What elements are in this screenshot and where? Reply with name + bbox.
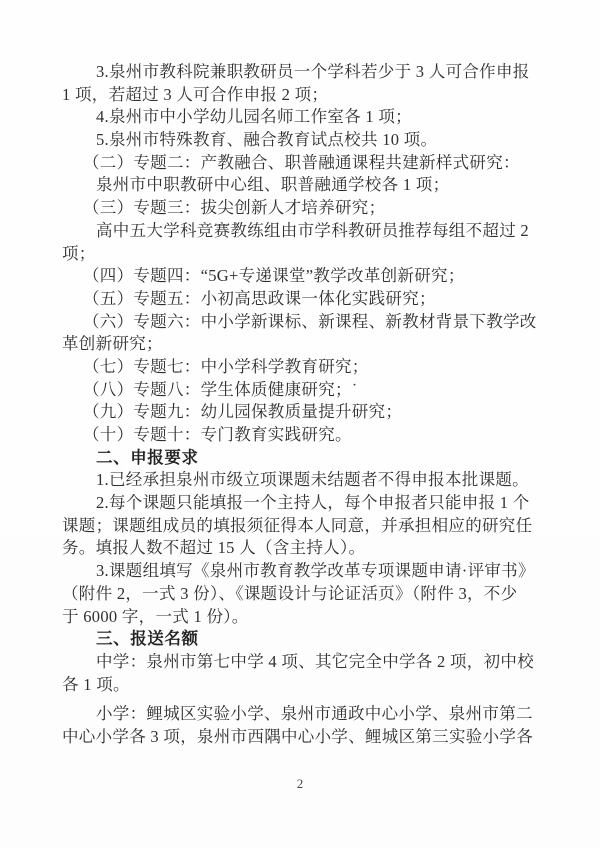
document-line: 二、申报要求 [62, 447, 540, 470]
document-line: 2.每个课题只能填报一个主持人，每个申报者只能申报 1 个 [62, 492, 540, 515]
document-line: （四）专题四：“5G+专递课堂”教学改革创新研究； [62, 265, 540, 288]
document-line: 各 1 项。 [62, 674, 540, 697]
document-line: 务。填报人数不超过 15 人（含主持人）。 [62, 537, 540, 560]
document-line: 高中五大学科竞赛教练组由市学科教研员推荐每组不超过 2 [62, 220, 540, 243]
document-line: 4.泉州市中小学幼儿园名师工作室各 1 项； [62, 106, 540, 129]
document-line: 三、报送名额 [62, 628, 540, 651]
document-line: （二）专题二：产教融合、职普融通课程共建新样式研究： [62, 152, 540, 175]
document-line: （八）专题八：学生体质健康研究；˙ [62, 379, 540, 402]
document-line: 小学：鲤城区实验小学、泉州市通政中心小学、泉州市第二 [62, 703, 540, 726]
document-line: 课题；课题组成员的填报须征得本人同意，并承担相应的研究任 [62, 515, 540, 538]
document-line: （三）专题三：拔尖创新人才培养研究； [62, 197, 540, 220]
document-line: 3.课题组填写《泉州市教育教学改革专项课题申请·评审书》 [62, 560, 540, 583]
document-line: 中心小学各 3 项，泉州市西隅中心小学、鲤城区第三实验小学各 [62, 726, 540, 749]
document-line: （十）专题十：专门教育实践研究。 [62, 424, 540, 447]
document-line: 1.已经承担泉州市级立项课题未结题者不得申报本批课题。 [62, 469, 540, 492]
document-line: 3.泉州市教科院兼职教研员一个学科若少于 3 人可合作申报 [62, 61, 540, 84]
document-page: 3.泉州市教科院兼职教研员一个学科若少于 3 人可合作申报1 项，若超过 3 人… [0, 0, 600, 848]
document-body: 3.泉州市教科院兼职教研员一个学科若少于 3 人可合作申报1 项，若超过 3 人… [62, 61, 540, 749]
document-line: （六）专题六：中小学新课标、新课程、新教材背景下教学改 [62, 311, 540, 334]
document-line: 中学：泉州市第七中学 4 项、其它完全中学各 2 项，初中校 [62, 651, 540, 674]
document-line: 项； [62, 243, 540, 266]
page-number: 2 [0, 776, 600, 792]
document-line: （附件 2，一式 3 份）、《课题设计与论证活页》（附件 3，不少 [62, 583, 540, 606]
document-line: 革创新研究； [62, 333, 540, 356]
document-line: 于 6000 字，一式 1 份）。 [62, 606, 540, 629]
document-line: （七）专题七：中小学科学教育研究； [62, 356, 540, 379]
document-line: 泉州市中职教研中心组、职普融通学校各 1 项； [62, 174, 540, 197]
document-line: 1 项，若超过 3 人可合作申报 2 项； [62, 84, 540, 107]
document-line: 5.泉州市特殊教育、融合教育试点校共 10 项。 [62, 129, 540, 152]
scan-speck [336, 652, 339, 655]
document-line: （九）专题九：幼儿园保教质量提升研究； [62, 401, 540, 424]
document-line: （五）专题五：小初高思政课一体化实践研究； [62, 288, 540, 311]
